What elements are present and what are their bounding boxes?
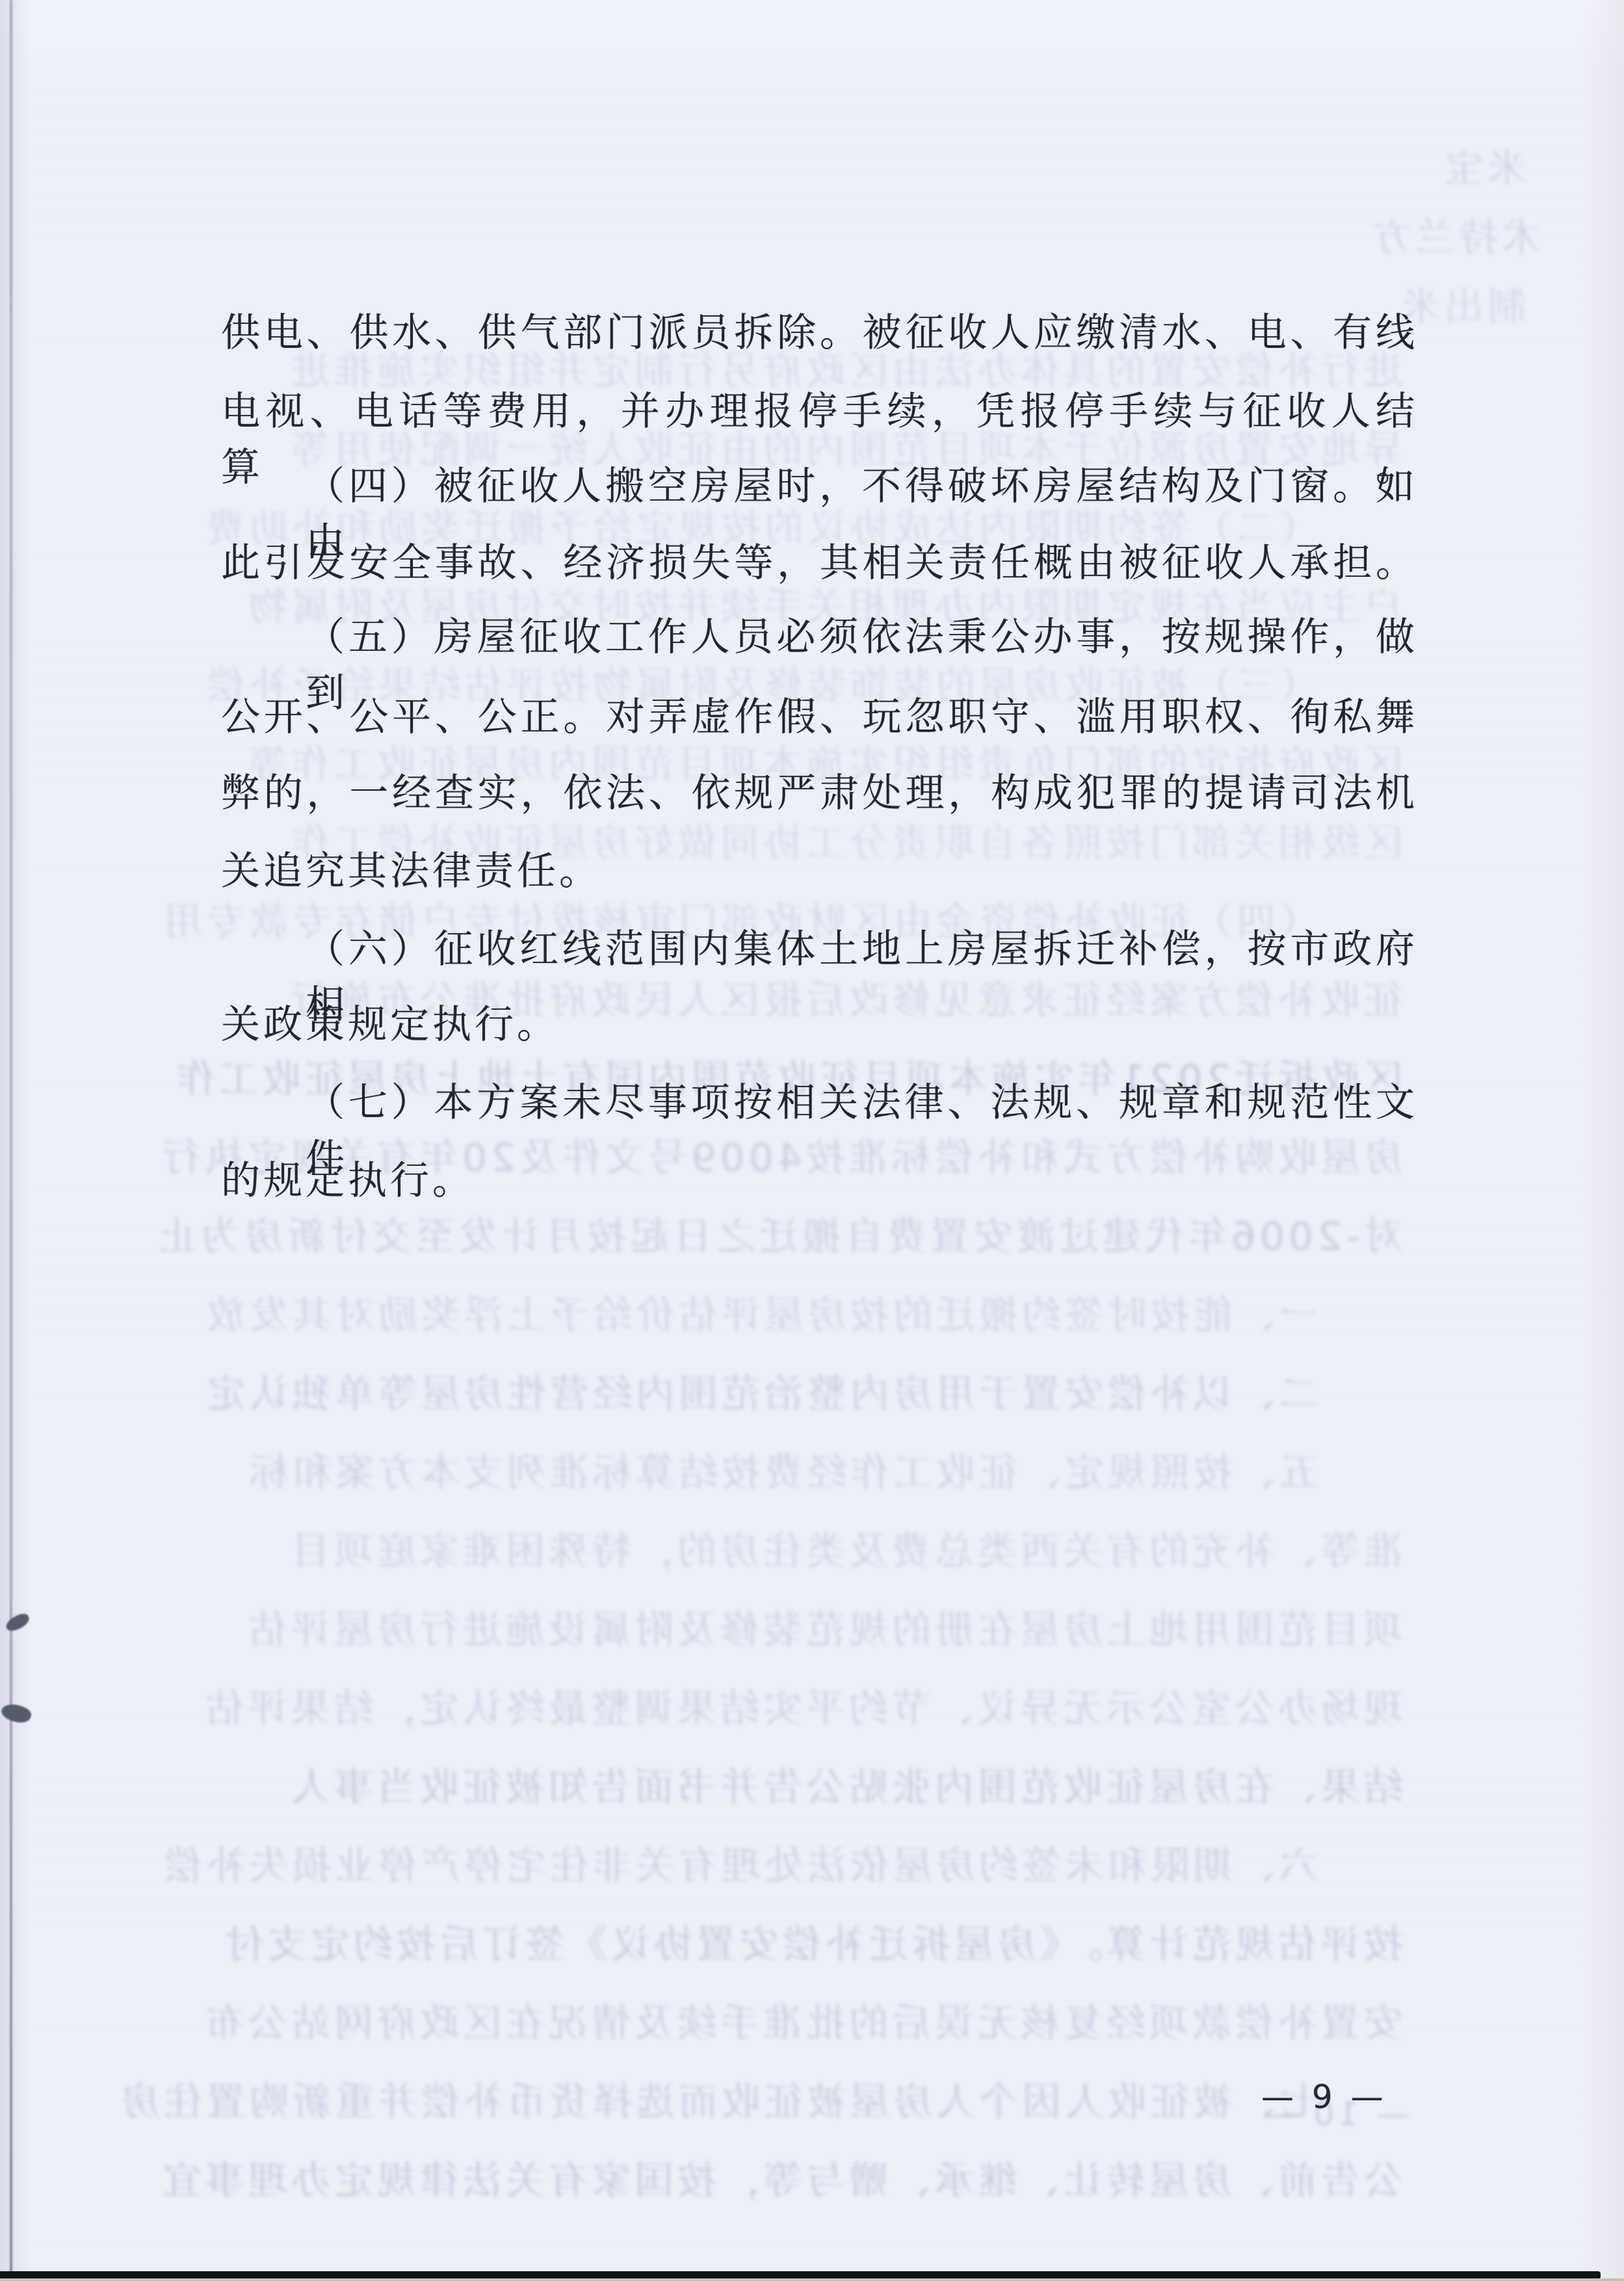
text-line: 供电、供水、供气部门派员拆除。被征收人应缴清水、电、有线	[221, 302, 1417, 358]
page-number: — 9 —	[1261, 2078, 1456, 2116]
text-line: 此引发安全事故、经济损失等，其相关责任概由被征收人承担。	[221, 532, 1417, 588]
text-line: 关追究其法律责任。	[221, 840, 601, 896]
text-line: 的规定执行。	[221, 1150, 475, 1206]
text-layer: 供电、供水、供气部门派员拆除。被征收人应缴清水、电、有线电视、电话等费用，并办理…	[0, 0, 1624, 2281]
left-fold-line	[10, 0, 12, 2273]
scan-edge-strip	[0, 2278, 1624, 2281]
scanned-page: 米宝术持兰方制出米进行补偿安置的具体办法由区政府另行制定并组织实施推进异地安置房…	[0, 0, 1624, 2281]
text-line: 公开、公平、公正。对弄虚作假、玩忽职守、滥用职权、徇私舞	[221, 686, 1417, 742]
text-line: 弊的，一经查实，依法、依规严肃处理，构成犯罪的提请司法机	[221, 762, 1417, 818]
text-line: 关政策规定执行。	[221, 994, 559, 1049]
